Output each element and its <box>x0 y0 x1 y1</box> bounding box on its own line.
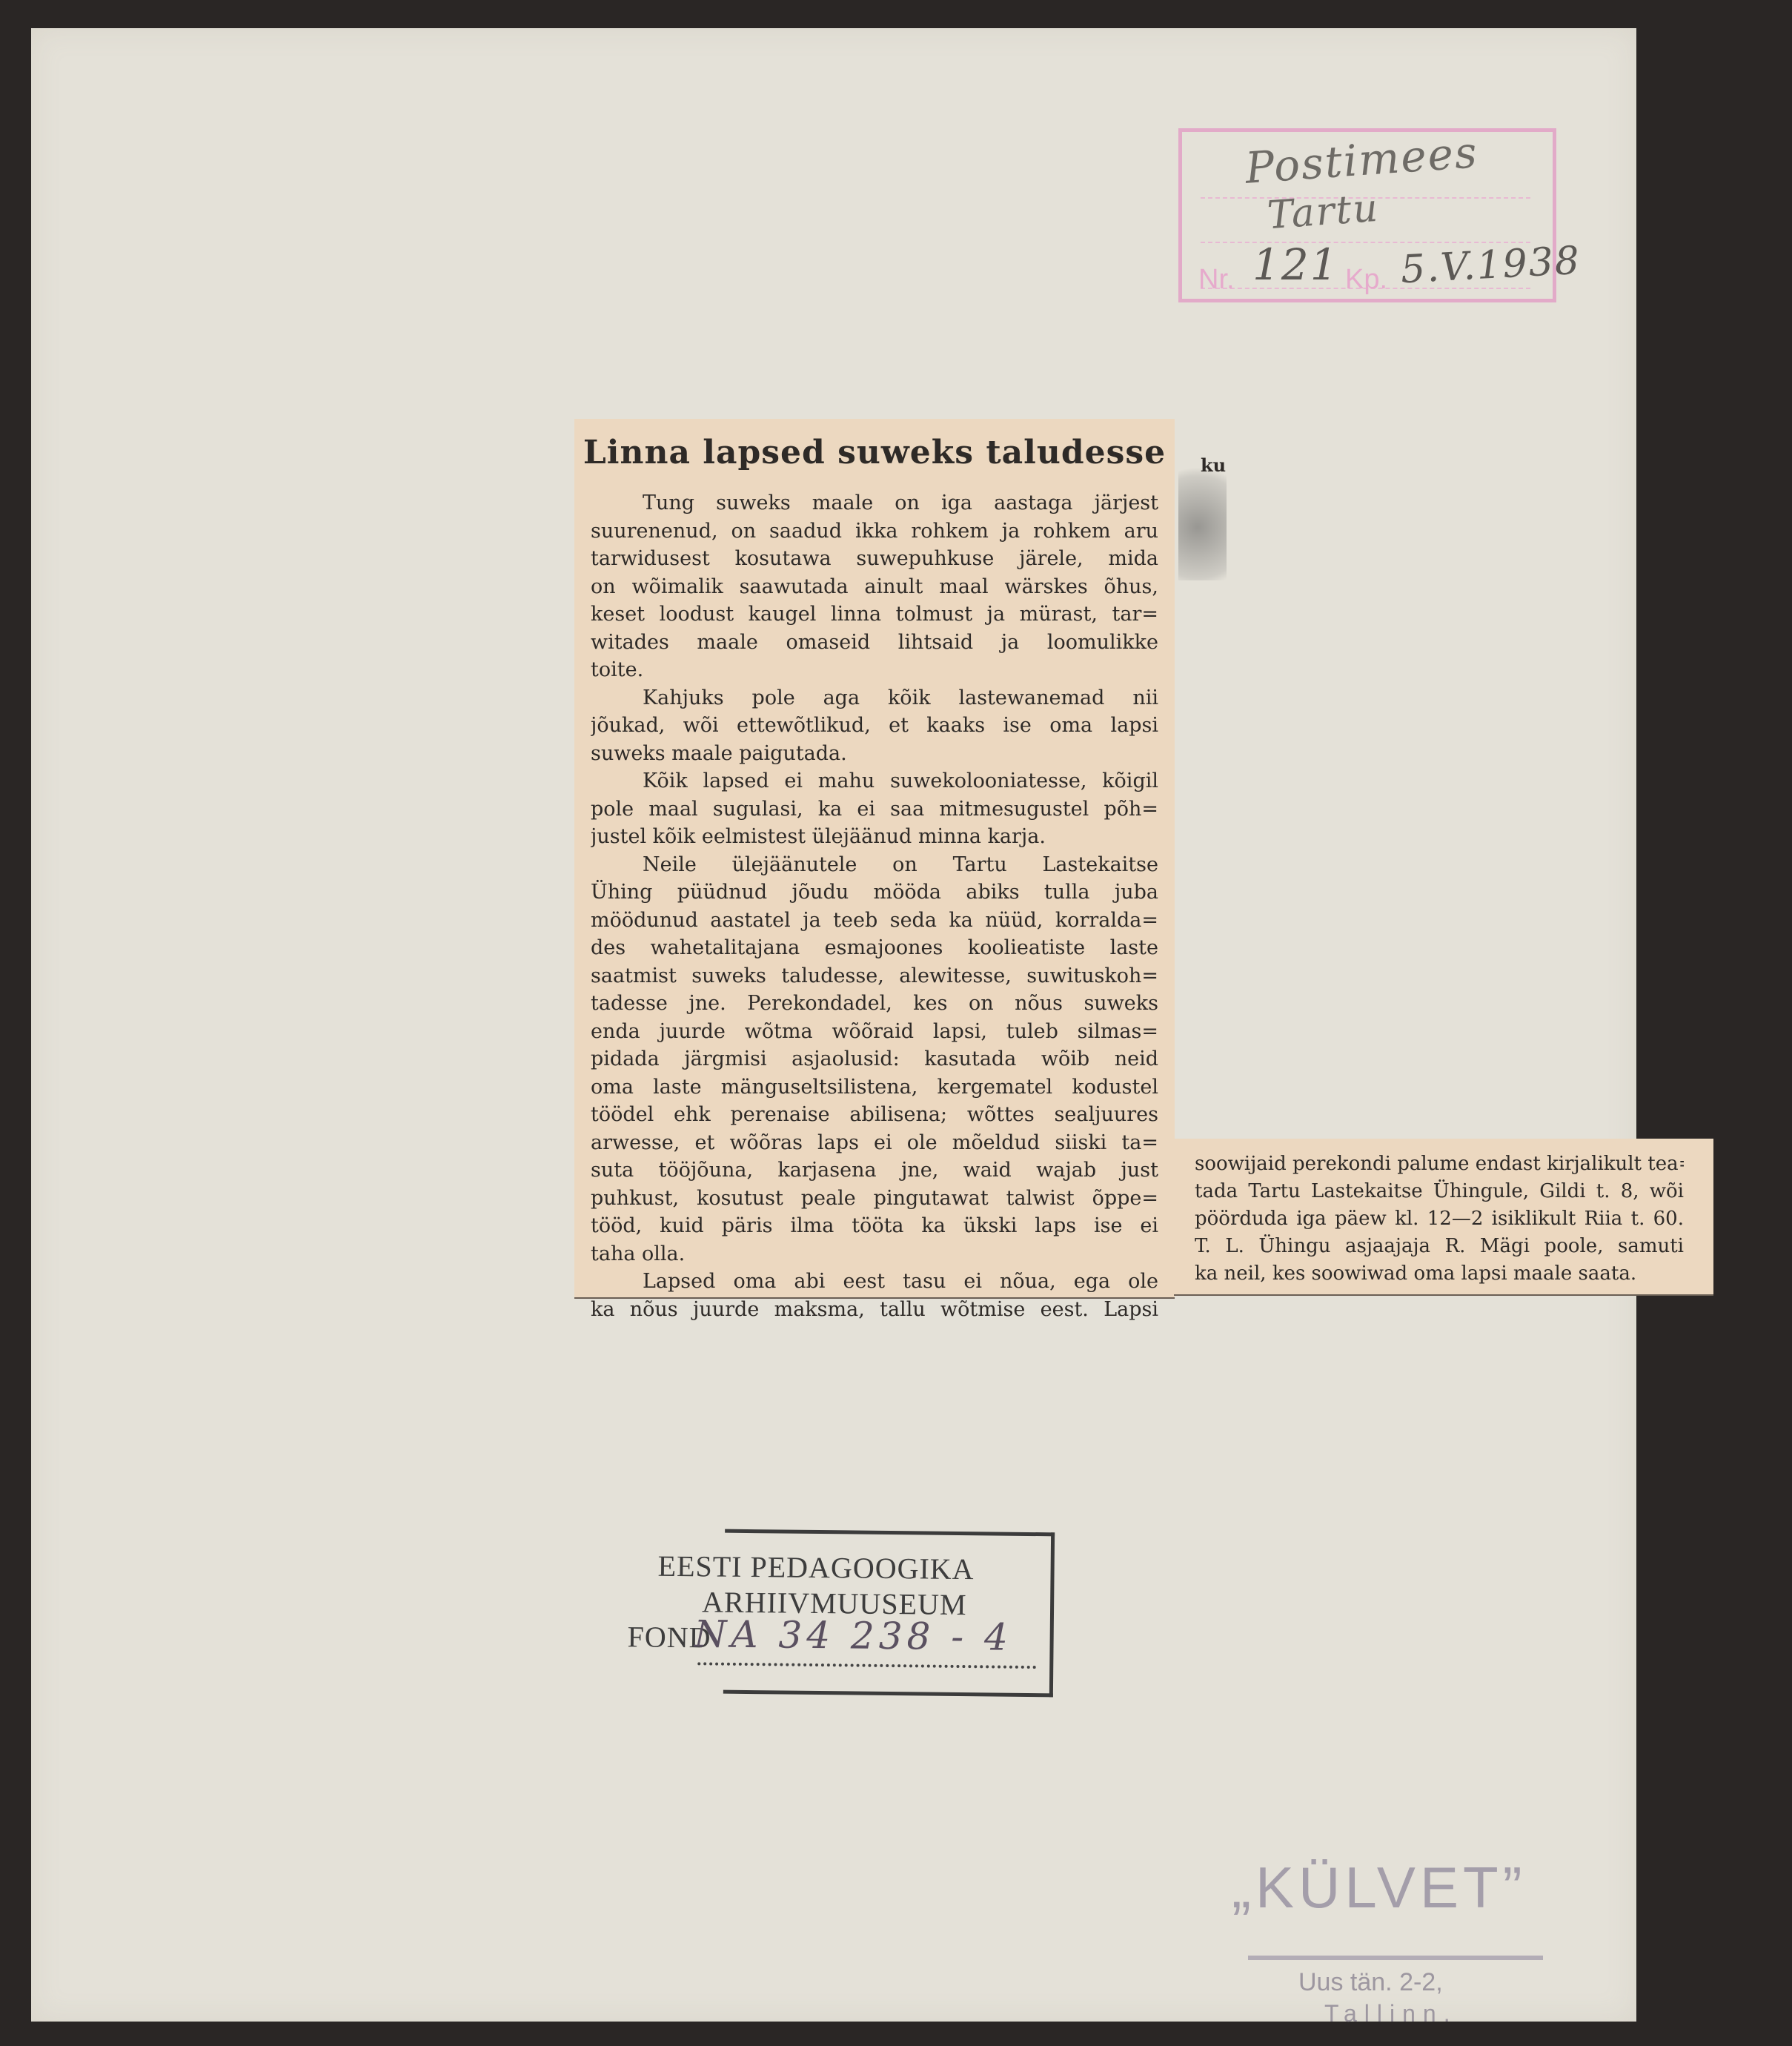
text-line: soowijaid perekondi palume endast kirjal… <box>1195 1151 1684 1178</box>
handwritten-city: Tartu <box>1266 186 1381 238</box>
text-line: suurenenud, on saadud ikka rohkem ja roh… <box>591 517 1158 546</box>
newspaper-clipping-column-1: Linna lapsed suweks taludesse Tung suwek… <box>574 419 1175 1297</box>
text-line: justel kõik eelmistest ülejäänud minna k… <box>591 823 1158 851</box>
text-line: tadesse jne. Perekondadel, kes on nõus s… <box>591 990 1158 1018</box>
handwritten-issue-number: 121 <box>1252 239 1339 290</box>
text-line: pole maal sugulasi, ka ei saa mitmesugus… <box>591 795 1158 824</box>
archive-stamp-line-1: EESTI PEDAGOOGIKA <box>657 1549 974 1586</box>
publisher-stamp-rule <box>1248 1956 1543 1960</box>
text-line: Neile ülejäänutele on Tartu Lastekaitse <box>591 851 1158 879</box>
torn-fragment-text: ku <box>1201 454 1226 476</box>
text-line: oma laste mänguseltsilistena, kergematel… <box>591 1073 1158 1102</box>
text-line: tarwidusest kosutawa suwepuhkuse järele,… <box>591 545 1158 573</box>
clipping-body-column-1: Tung suweks maale on iga aastaga järjest… <box>591 489 1158 1323</box>
text-line: taha olla. <box>591 1240 1158 1268</box>
text-line: Ühing püüdnud jõudu mööda abiks tulla ju… <box>591 878 1158 907</box>
archive-museum-stamp: EESTI PEDAGOOGIKA ARHIIVMUUSEUM FOND NA … <box>723 1529 1055 1698</box>
publisher-address: Uus tän. 2-2, <box>1298 1968 1443 1997</box>
handwritten-newspaper-name: Postimees <box>1244 127 1480 193</box>
text-line: Kõik lapsed ei mahu suwekolooniatesse, k… <box>591 767 1158 795</box>
clipping-headline: Linna lapsed suweks taludesse <box>574 434 1175 471</box>
handwritten-date: 5.V.1938 <box>1400 239 1582 293</box>
text-line: tada Tartu Lastekaitse Ühingule, Gildi t… <box>1195 1178 1684 1205</box>
text-line: enda juurde wõtma wõõraid lapsi, tuleb s… <box>591 1018 1158 1046</box>
text-line: Lapsed oma abi eest tasu ei nõua, ega ol… <box>591 1268 1158 1296</box>
text-line: ka neil, kes soowiwad oma lapsi maale sa… <box>1195 1260 1684 1288</box>
text-line: suta tööjõuna, karjasena jne, waid wajab… <box>591 1156 1158 1185</box>
archive-sheet: Postimees Tartu Nr. 121 Kp. 5.V.1938 ku … <box>31 28 1636 2022</box>
text-line: on wõimalik saawutada ainult maal wärske… <box>591 573 1158 601</box>
text-line: pidada järgmisi asjaolusid: kasutada wõi… <box>591 1045 1158 1073</box>
text-line: jõukad, wõi ettewõtlikud, et kaaks ise o… <box>591 712 1158 740</box>
text-line: witades maale omaseid lihtsaid ja loomul… <box>591 629 1158 657</box>
text-line: pöörduda iga päew kl. 12—2 isiklikult Ri… <box>1195 1205 1684 1233</box>
publisher-city: Tallinn. <box>1324 2000 1458 2027</box>
text-line: suweks maale paigutada. <box>591 740 1158 768</box>
text-line: toite. <box>591 656 1158 684</box>
kp-label: Kp. <box>1345 264 1387 296</box>
text-line: töödel ehk perenaise abilisena; wõttes s… <box>591 1101 1158 1129</box>
text-line: ka nõus juurde maksma, tallu wõtmise ees… <box>591 1296 1158 1324</box>
text-line: Kahjuks pole aga kõik lastewanemad nii <box>591 684 1158 712</box>
text-line: des wahetalitajana esmajoones koolieatis… <box>591 934 1158 962</box>
text-line: puhkust, kosutust peale pingutawat talwi… <box>591 1185 1158 1213</box>
text-line: arwesse, et wõõras laps ei ole mõeldud s… <box>591 1129 1158 1157</box>
publisher-name: „KÜLVET” <box>1232 1854 1527 1921</box>
publisher-stamp: „KÜLVET” Uus tän. 2-2, Tallinn. <box>1217 1848 1558 2026</box>
newspaper-source-stamp: Postimees Tartu Nr. 121 Kp. 5.V.1938 <box>1178 128 1556 302</box>
text-line: T. L. Ühingu asjaajaja R. Mägi poole, sa… <box>1195 1233 1684 1260</box>
nr-label: Nr. <box>1198 264 1235 296</box>
text-line: Tung suweks maale on iga aastaga järjest <box>591 489 1158 517</box>
text-line: tööd, kuid päris ilma tööta ka ükski lap… <box>591 1212 1158 1240</box>
text-line: saatmist suweks taludesse, alewitesse, s… <box>591 962 1158 990</box>
text-line: möödunud aastatel ja teeb seda ka nüüd, … <box>591 907 1158 935</box>
handwritten-fond-number: NA 34 238 - 4 <box>694 1612 1012 1658</box>
fond-dotted-line <box>697 1662 1036 1669</box>
clipping-body-column-2: soowijaid perekondi palume endast kirjal… <box>1195 1151 1684 1288</box>
text-line: keset loodust kaugel linna tolmust ja mü… <box>591 600 1158 629</box>
newspaper-clipping-column-2: soowijaid perekondi palume endast kirjal… <box>1174 1139 1713 1294</box>
